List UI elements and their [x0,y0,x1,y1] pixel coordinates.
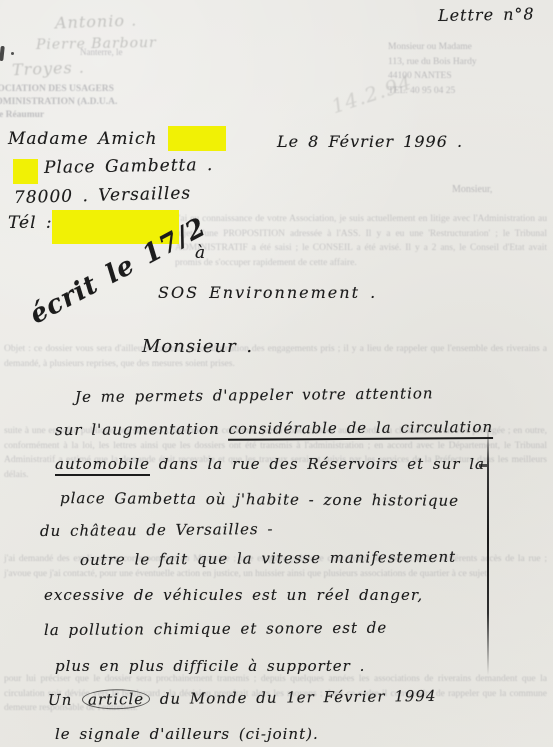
ghost-script-line: Antonio . [55,11,138,33]
ghost-typed-line: Monsieur ou Madame [388,40,477,55]
ghost-paragraph: Objet : ce dossier vous sera d'ailleurs … [4,342,547,371]
underlined-text: automobile [55,455,150,476]
ghost-typed-line: ASSOCIATION DES USAGERS [0,83,117,96]
body-line: plus en plus difficile à supporter . [55,657,365,675]
circled-text: article [82,689,150,710]
sender-city: 78000 . Versailles [14,183,192,208]
body-line: outre le fait que la vitesse manifesteme… [80,548,456,569]
ghost-typed-line: L'ADMINISTRATION (A.D.U.A. [0,96,117,109]
ghost-typed-dateline: Nanterre, le [80,47,122,57]
ghost-typed-line: 5, rue Réaumur [0,109,117,122]
body-text: dans la rue des Réservoirs et sur la [150,455,485,473]
body-line: Je me permets d'appeler votre attention [75,384,434,406]
body-line: automobile dans la rue des Réservoirs et… [55,455,485,473]
scan-mark-artifact [11,52,14,55]
recipient-to: à [195,243,206,263]
sender-street: Place Gambetta . [44,155,214,178]
body-line: excessive de véhicules est un réel dange… [44,586,423,604]
redaction-highlight-housenumber [13,159,38,184]
scan-mark-artifact [0,46,5,61]
body-line: du château de Versailles - [40,520,274,540]
body-line: sur l'augmentation considérable de la ci… [55,418,493,439]
body-line: le signale d'ailleurs (ci-joint). [55,725,319,743]
ghost-typed-line: 113, rue du Bois Hardy [388,55,477,70]
salutation: Monsieur . [142,336,253,357]
ghost-typed-association-block: ASSOCIATION DES USAGERS L'ADMINISTRATION… [0,83,117,122]
redaction-highlight-name [168,126,226,151]
body-line: la pollution chimique et sonore est de [44,619,387,639]
recipient-name: SOS Environnement . [158,283,377,302]
underlined-text: considérable de la circulation [228,418,493,441]
fold-line-artifact [487,427,489,675]
body-text: du Monde du 1er Février 1994 [151,687,437,708]
ghost-diagonal-date: 14.2.94 [328,70,415,119]
body-text: Un [48,691,81,709]
sender-tel-label: Tél : [8,213,53,233]
letter-number-annotation: Lettre n°8 [438,4,535,25]
sender-name: Madame Amich [8,129,157,149]
ghost-monsieur: Monsieur, [452,184,492,195]
letter-date: Le 8 Février 1996 . [277,132,463,151]
scanned-letter-page: Antonio . Pierre Barbour Nanterre, le Tr… [0,0,553,747]
body-text: sur l'augmentation [55,420,229,439]
ghost-paragraph: J'ai eu connaissance de votre Associatio… [175,212,547,271]
ghost-script-line: Troyes . [12,58,85,80]
body-line: place Gambetta où j'habite - zone histor… [60,489,459,510]
